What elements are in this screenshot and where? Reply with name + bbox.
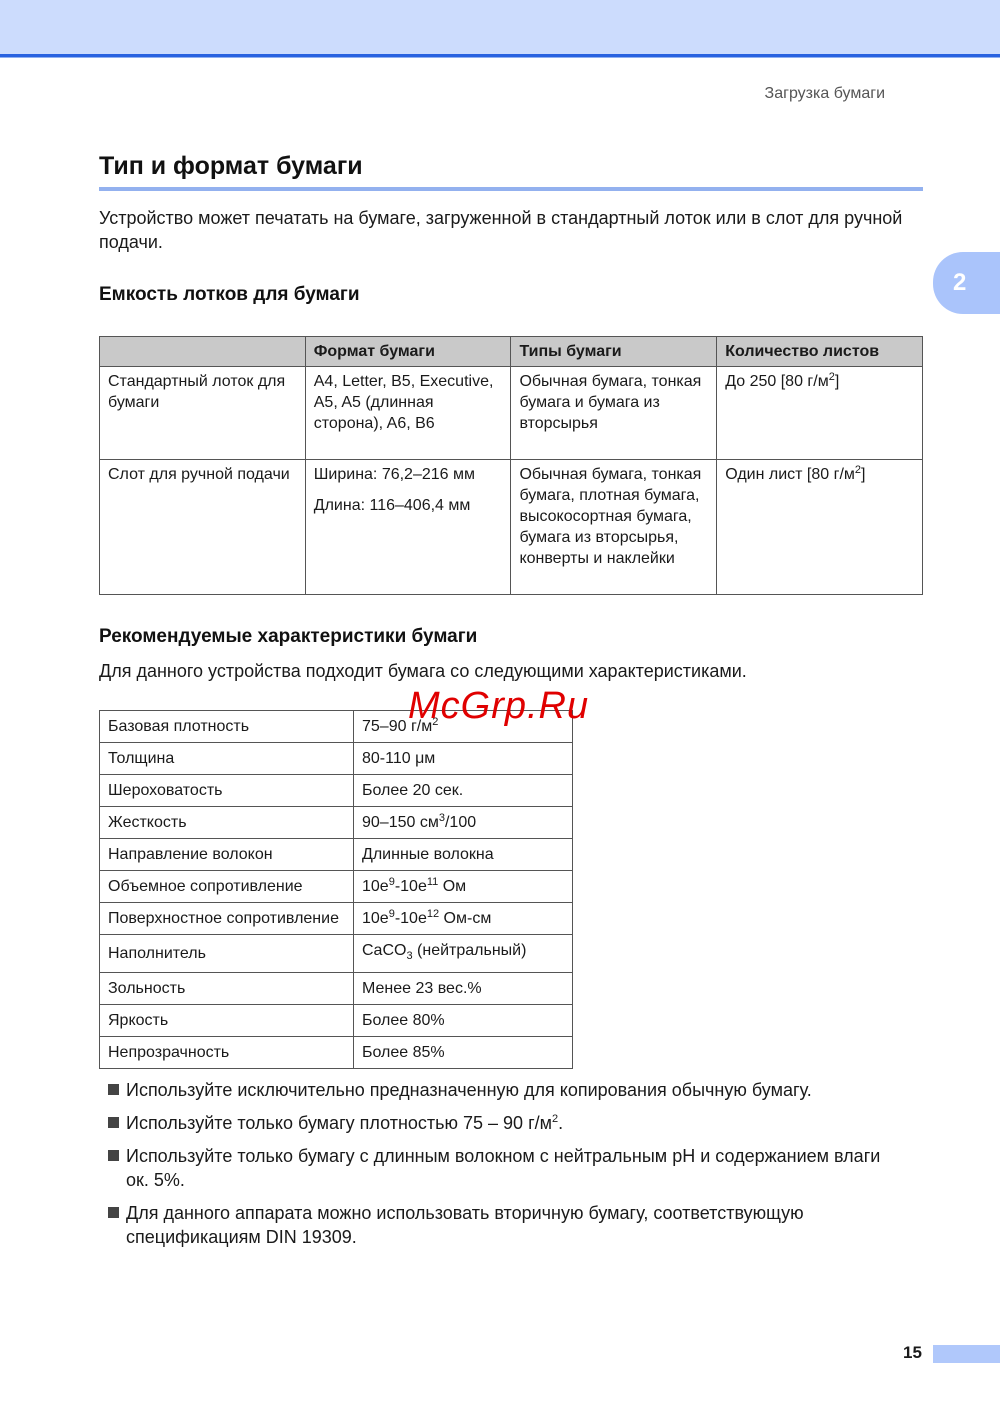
chapter-tab: 2 xyxy=(933,252,1000,314)
tray-capacity-table: Формат бумаги Типы бумаги Количество лис… xyxy=(99,336,923,595)
spec-name: Поверхностное сопротивление xyxy=(100,903,354,935)
watermark: McGrp.Ru xyxy=(408,685,589,728)
recommendations-list: Используйте исключительно предназначенну… xyxy=(108,1078,908,1258)
spec-value: Длинные волокна xyxy=(354,839,573,871)
tray-count: Один лист [80 г/м2] xyxy=(717,460,923,595)
format-line: Ширина: 76,2–216 мм xyxy=(314,464,503,485)
column-header: Типы бумаги xyxy=(511,337,717,367)
intro-paragraph: Устройство может печатать на бумаге, заг… xyxy=(99,206,919,254)
tray-formats: Ширина: 76,2–216 ммДлина: 116–406,4 мм xyxy=(305,460,511,595)
tray-types: Обычная бумага, тонкая бумага, плотная б… xyxy=(511,460,717,595)
tray-types: Обычная бумага, тонкая бумага и бумага и… xyxy=(511,367,717,460)
spec-name: Зольность xyxy=(100,973,354,1005)
table-row: НаполнительCaCO3 (нейтральный) xyxy=(100,935,573,973)
list-item: Используйте только бумагу плотностью 75 … xyxy=(108,1111,908,1135)
chapter-number: 2 xyxy=(953,269,966,297)
spec-value: CaCO3 (нейтральный) xyxy=(354,935,573,973)
table-row: Поверхностное сопротивление10e9-10e12 Ом… xyxy=(100,903,573,935)
tray-formats: A4, Letter, B5, Executive, A5, A5 (длинн… xyxy=(305,367,511,460)
table-row: Объемное сопротивление10e9-10e11 Ом xyxy=(100,871,573,903)
tray-capacity-heading: Емкость лотков для бумаги xyxy=(99,284,360,306)
spec-value: Более 85% xyxy=(354,1037,573,1069)
table-row: Толщина80-110 μм xyxy=(100,743,573,775)
table-row: ЗольностьМенее 23 вес.% xyxy=(100,973,573,1005)
table-row: Жесткость90–150 см3/100 xyxy=(100,807,573,839)
header-band xyxy=(0,0,1000,54)
column-header: Количество листов xyxy=(717,337,923,367)
table-row: ШероховатостьБолее 20 сек. xyxy=(100,775,573,807)
page-number: 15 xyxy=(903,1343,922,1363)
spec-name: Наполнитель xyxy=(100,935,354,973)
page-title: Тип и формат бумаги xyxy=(99,152,363,181)
table-row: Направление волоконДлинные волокна xyxy=(100,839,573,871)
format-line: Длина: 116–406,4 мм xyxy=(314,495,503,516)
spec-name: Объемное сопротивление xyxy=(100,871,354,903)
spec-value: Более 20 сек. xyxy=(354,775,573,807)
spec-name: Непрозрачность xyxy=(100,1037,354,1069)
spec-value: 10e9-10e12 Ом-см xyxy=(354,903,573,935)
column-header: Формат бумаги xyxy=(305,337,511,367)
list-item: Используйте только бумагу с длинным воло… xyxy=(108,1144,908,1192)
spec-value: 10e9-10e11 Ом xyxy=(354,871,573,903)
paper-spec-table: Базовая плотность75–90 г/м2Толщина80-110… xyxy=(99,710,573,1069)
list-item: Для данного аппарата можно использовать … xyxy=(108,1201,908,1249)
column-header xyxy=(100,337,306,367)
table-header-row: Формат бумаги Типы бумаги Количество лис… xyxy=(100,337,923,367)
tray-count: До 250 [80 г/м2] xyxy=(717,367,923,460)
spec-value: Менее 23 вес.% xyxy=(354,973,573,1005)
spec-value: Более 80% xyxy=(354,1005,573,1037)
format-line: A4, Letter, B5, Executive, A5, A5 (длинн… xyxy=(314,371,503,434)
tray-source: Слот для ручной подачи xyxy=(100,460,306,595)
page-number-bar xyxy=(933,1345,1000,1363)
spec-value: 90–150 см3/100 xyxy=(354,807,573,839)
spec-name: Базовая плотность xyxy=(100,711,354,743)
spec-value: 80-110 μм xyxy=(354,743,573,775)
spec-name: Направление волокон xyxy=(100,839,354,871)
list-item: Используйте исключительно предназначенну… xyxy=(108,1078,908,1102)
table-row: Стандартный лоток для бумаги A4, Letter,… xyxy=(100,367,923,460)
table-row: Слот для ручной подачи Ширина: 76,2–216 … xyxy=(100,460,923,595)
spec-name: Жесткость xyxy=(100,807,354,839)
title-rule xyxy=(99,187,923,191)
header-rule-light xyxy=(0,57,1000,58)
paper-spec-intro: Для данного устройства подходит бумага с… xyxy=(99,659,919,683)
spec-name: Яркость xyxy=(100,1005,354,1037)
running-head: Загрузка бумаги xyxy=(765,85,885,103)
spec-name: Толщина xyxy=(100,743,354,775)
table-row: НепрозрачностьБолее 85% xyxy=(100,1037,573,1069)
table-row: ЯркостьБолее 80% xyxy=(100,1005,573,1037)
paper-spec-heading: Рекомендуемые характеристики бумаги xyxy=(99,626,477,648)
tray-source: Стандартный лоток для бумаги xyxy=(100,367,306,460)
spec-name: Шероховатость xyxy=(100,775,354,807)
